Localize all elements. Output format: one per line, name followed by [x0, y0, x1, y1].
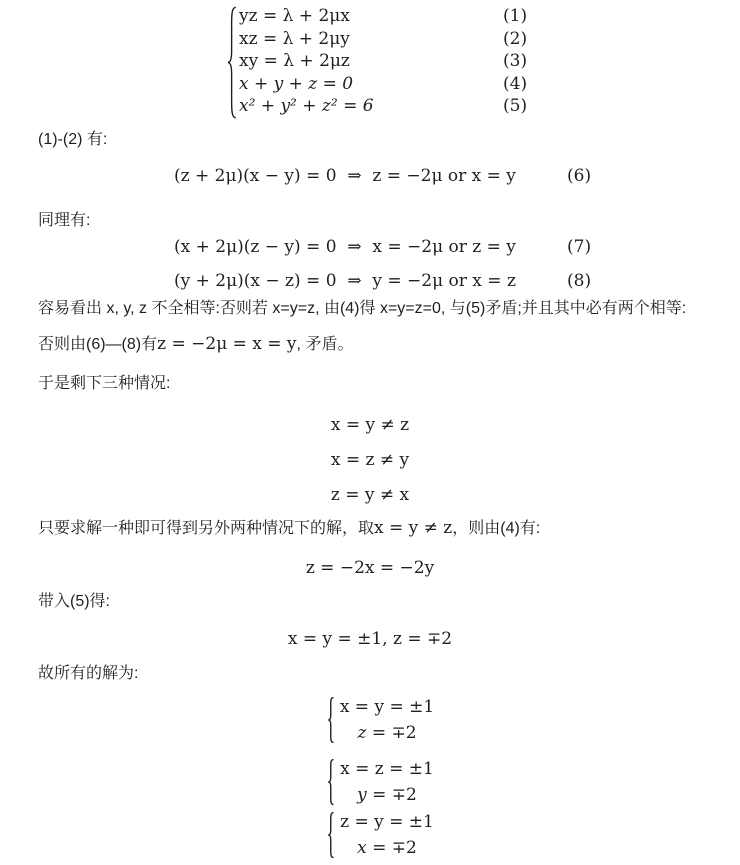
case-2-equation: x = z ≠ y	[0, 448, 740, 472]
text-observation-line2-prefix: 否则由(6)—(8)有	[38, 336, 157, 353]
text-solve-one-case: 只要求解一种即可得到另外两种情况下的解，取x = y ≠ z，则由(4)有:	[38, 518, 540, 538]
left-curly-brace-icon	[327, 697, 335, 743]
text-observation-line2-suffix: , 矛盾。	[297, 336, 354, 353]
text-observation-line1: 容易看出 x, y, z 不全相等:否则若 x=y=z, 由(4)得 x=y=z…	[38, 299, 686, 319]
text-similarly: 同理有:	[38, 211, 90, 231]
equation-1: yz = λ + 2μx	[239, 5, 374, 28]
solution-2-line-1: x = z = ±1	[338, 756, 436, 782]
equation-5-number: (5)	[503, 95, 527, 118]
equation-7-number: (7)	[567, 234, 591, 260]
equation-7: (x + 2μ)(z − y) = 0 ⇒ x = −2μ or z = y	[174, 234, 516, 260]
text-all-solutions: 故所有的解为:	[38, 664, 138, 684]
equation-5: x² + y² + z² = 6	[239, 95, 374, 118]
case-3-equation: z = y ≠ x	[0, 483, 740, 507]
solution-3-line-1: z = y = ±1	[338, 809, 436, 835]
left-curly-brace-icon	[226, 6, 238, 119]
equation-8-number: (8)	[567, 268, 591, 294]
solution-2-value: = ∓2	[367, 785, 417, 805]
solution-system-1-column: x = y = ±1 z = ∓2	[338, 694, 436, 746]
solution-values-equation: x = y = ±1, z = ∓2	[0, 627, 740, 651]
text-three-cases: 于是剩下三种情况:	[38, 374, 170, 394]
equation-6-number: (6)	[567, 163, 591, 189]
equation-3: xy = λ + 2μz	[239, 50, 374, 73]
equation-2: xz = λ + 2μy	[239, 28, 374, 51]
equation-6-row: (z + 2μ)(x − y) = 0 ⇒ z = −2μ or x = y (…	[0, 163, 740, 189]
solution-1-line-2: z = ∓2	[338, 720, 436, 746]
text-solve-suffix: ，则由(4)有:	[452, 520, 540, 537]
solution-1-line-1: x = y = ±1	[338, 694, 436, 720]
case-1-equation: x = y ≠ z	[0, 413, 740, 437]
derived-equation: z = −2x = −2y	[0, 556, 740, 580]
equation-system-top: yz = λ + 2μx xz = λ + 2μy xy = λ + 2μz x…	[0, 0, 740, 126]
equation-3-number: (3)	[503, 50, 527, 73]
equation-8: (y + 2μ)(x − z) = 0 ⇒ y = −2μ or x = z	[174, 268, 516, 294]
solution-system-1: x = y = ±1 z = ∓2	[338, 694, 436, 746]
equation-2-number: (2)	[503, 28, 527, 51]
system-equation-numbers-column: (1) (2) (3) (4) (5)	[503, 5, 527, 118]
equation-1-number: (1)	[503, 5, 527, 28]
equation-8-row: (y + 2μ)(x − z) = 0 ⇒ y = −2μ or x = z (…	[0, 268, 740, 294]
equation-6: (z + 2μ)(x − y) = 0 ⇒ z = −2μ or x = y	[174, 163, 516, 189]
solution-system-2-column: x = z = ±1 y = ∓2	[338, 756, 436, 808]
text-subtract-1-2: (1)-(2) 有:	[38, 130, 107, 150]
solution-1-value: = ∓2	[366, 723, 416, 743]
solution-system-3: z = y = ±1 x = ∓2	[338, 809, 436, 861]
left-curly-brace-icon	[327, 759, 335, 805]
document-page: yz = λ + 2μx xz = λ + 2μy xy = λ + 2μz x…	[0, 0, 740, 865]
text-observation-line2: 否则由(6)—(8)有z = −2μ = x = y, 矛盾。	[38, 334, 353, 354]
solution-system-3-column: z = y = ±1 x = ∓2	[338, 809, 436, 861]
solution-system-2: x = z = ±1 y = ∓2	[338, 756, 436, 808]
equation-4-number: (4)	[503, 73, 527, 96]
left-curly-brace-icon	[327, 812, 335, 858]
inline-math-contradiction: z = −2μ = x = y	[157, 334, 296, 354]
solution-2-variable: y	[357, 785, 367, 805]
inline-math-case: x = y ≠ z	[374, 518, 452, 538]
system-equations-column: yz = λ + 2μx xz = λ + 2μy xy = λ + 2μz x…	[239, 5, 374, 118]
solution-3-value: = ∓2	[367, 838, 417, 858]
text-substitute: 带入(5)得:	[38, 592, 110, 612]
solution-3-line-2: x = ∓2	[338, 835, 436, 861]
solution-3-variable: x	[357, 838, 367, 858]
solution-2-line-2: y = ∓2	[338, 782, 436, 808]
equation-7-row: (x + 2μ)(z − y) = 0 ⇒ x = −2μ or z = y (…	[0, 234, 740, 260]
equation-4: x + y + z = 0	[239, 73, 374, 96]
text-solve-prefix: 只要求解一种即可得到另外两种情况下的解，取	[38, 520, 374, 537]
